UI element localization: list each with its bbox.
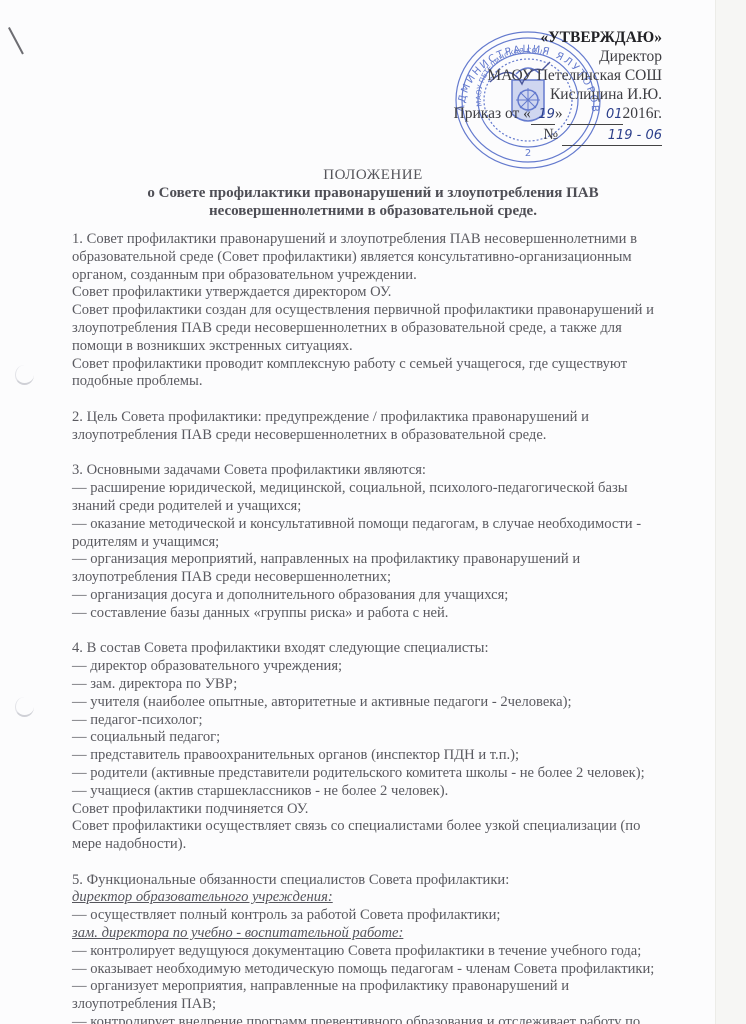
punch-hole-mark xyxy=(15,697,34,717)
text-line: Совет профилактики подчиняется ОУ. xyxy=(72,801,692,819)
document-title: ПОЛОЖЕНИЕ xyxy=(0,166,746,184)
text-line: — контролирует ведущуюся документацию Со… xyxy=(72,943,692,961)
document-body: 1. Совет профилактики правонарушений и з… xyxy=(72,231,692,1024)
text-line: — организует мероприятия, направленные н… xyxy=(72,978,692,996)
text-line: злоупотребления ПАВ; xyxy=(72,996,692,1014)
paragraph-gap xyxy=(72,854,692,872)
approval-block: «УТВЕРЖДАЮ» Директор МАОУ Петелинская СО… xyxy=(454,28,662,146)
text-line: — родители (активные представители родит… xyxy=(72,765,692,783)
text-line: — директор образовательного учреждения; xyxy=(72,658,692,676)
text-line: — оказание методической и консультативно… xyxy=(72,516,692,534)
approver-organization: МАОУ Петелинская СОШ xyxy=(454,66,662,85)
order-month: 01 xyxy=(567,105,623,125)
text-line: злоупотребления ПАВ среди несовершенноле… xyxy=(72,427,692,445)
order-number: № 119 - 06 xyxy=(454,125,662,146)
document-heading: ПОЛОЖЕНИЕ о Совете профилактики правонар… xyxy=(0,166,746,220)
text-line: — социальный педагог; xyxy=(72,729,692,747)
text-line: злоупотребления ПАВ среди несовершенноле… xyxy=(72,569,692,587)
text-line: 4. В состав Совета профилактики входят с… xyxy=(72,640,692,658)
document-subtitle: несовершеннолетними в образовательной ср… xyxy=(0,202,746,220)
pen-mark xyxy=(8,27,24,54)
text-line: 3. Основными задачами Совета профилактик… xyxy=(72,462,692,480)
role-heading: директор образовательного учреждения: xyxy=(72,889,692,907)
text-line: подобные проблемы. xyxy=(72,373,692,391)
approval-title: «УТВЕРЖДАЮ» xyxy=(454,28,662,47)
text-line: мере надобности). xyxy=(72,836,692,854)
text-line: — зам. директора по УВР; xyxy=(72,676,692,694)
text-line: помощи в возникших экстренных ситуациях. xyxy=(72,338,692,356)
order-day: 19 xyxy=(531,105,555,125)
punch-hole-mark xyxy=(15,365,34,385)
order-date: Приказ от «19» 012016г. xyxy=(454,104,662,125)
text-line: — осуществляет полный контроль за работо… xyxy=(72,907,692,925)
order-year: 2016г. xyxy=(623,105,662,122)
text-line: — расширение юридической, медицинской, с… xyxy=(72,480,692,498)
paragraph-gap xyxy=(72,391,692,409)
text-line: — оказывает необходимую методическую пом… xyxy=(72,961,692,979)
role-heading: зам. директора по учебно - воспитательно… xyxy=(72,925,692,943)
text-line: образовательной среде (Совет профилактик… xyxy=(72,249,692,267)
text-line: родителям и учащимся; xyxy=(72,534,692,552)
text-line: Совет профилактики утверждается директор… xyxy=(72,284,692,302)
approver-position: Директор xyxy=(454,47,662,66)
text-line: — педагог-психолог; xyxy=(72,712,692,730)
text-line: Совет профилактики создан для осуществле… xyxy=(72,302,692,320)
approver-name: Кислицина И.Ю. xyxy=(454,85,662,104)
svg-text:2: 2 xyxy=(525,148,531,159)
text-line: 1. Совет профилактики правонарушений и з… xyxy=(72,231,692,249)
order-number-value: 119 - 06 xyxy=(562,126,662,146)
text-line: знаний среди родителей и учащихся; xyxy=(72,498,692,516)
text-line: — представитель правоохранительных орган… xyxy=(72,747,692,765)
text-line: — учащиеся (актив старшеклассников - не … xyxy=(72,783,692,801)
text-line: 5. Функциональные обязанности специалист… xyxy=(72,872,692,890)
text-line: 2. Цель Совета профилактики: предупрежде… xyxy=(72,409,692,427)
text-line: — организация досуга и дополнительного о… xyxy=(72,587,692,605)
text-line: Совет профилактики осуществляет связь со… xyxy=(72,818,692,836)
scanner-edge xyxy=(715,0,746,1024)
scanned-page: АДМИНИСТРАЦИЯ ЯЛУТОРОВСКОГО РАЙОНА МАОУ … xyxy=(0,0,746,1024)
text-line: — организация мероприятий, направленных … xyxy=(72,551,692,569)
text-line: — составление базы данных «группы риска»… xyxy=(72,605,692,623)
text-line: злоупотребления ПАВ среди несовершенноле… xyxy=(72,320,692,338)
text-line: — учителя (наиболее опытные, авторитетны… xyxy=(72,694,692,712)
paragraph-gap xyxy=(72,623,692,641)
text-line: — контролирует внедрение программ превен… xyxy=(72,1014,692,1024)
text-line: органом, созданным при образовательном у… xyxy=(72,267,692,285)
document-subtitle: о Совете профилактики правонарушений и з… xyxy=(0,184,746,202)
text-line: Совет профилактики проводит комплексную … xyxy=(72,356,692,374)
paragraph-gap xyxy=(72,445,692,463)
